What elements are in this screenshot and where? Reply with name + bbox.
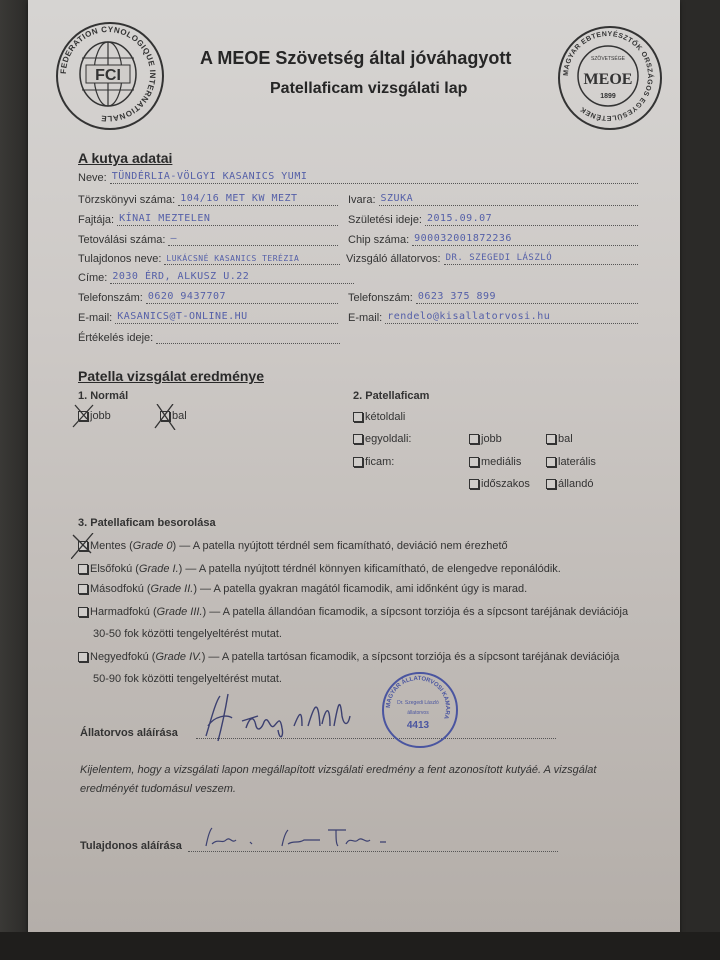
owner-signature-label: Tulajdonos aláírása [80,840,182,852]
unilateral-checkbox[interactable]: egyoldali: [353,433,411,445]
normal-left-checkbox[interactable]: bal [160,410,187,422]
dog-data-heading: A kutya adatai [78,150,172,166]
bilateral-checkbox[interactable]: kétoldali [353,411,405,423]
svg-text:FCI: FCI [95,67,121,84]
tattoo-field[interactable]: Tetoválási száma: — [78,232,338,246]
svg-text:1899: 1899 [600,93,616,100]
grade-checkbox[interactable]: Negyedfokú (Grade IV.) — A patella tartó… [78,651,619,663]
grade-text-continuation: 30-50 fok közötti tengelyeltérést mutat. [93,628,282,640]
checkbox-box [78,607,88,617]
checkbox-box [78,652,88,662]
grade-checkbox[interactable]: Mentes (Grade 0) — A patella nyújtott té… [78,540,508,552]
grade-checkbox[interactable]: Elsőfokú (Grade I.) — A patella nyújtott… [78,563,561,575]
luxation-right-checkbox[interactable]: jobb [469,433,502,445]
owner-phone-field[interactable]: Telefonszám: 0620 9437707 [78,290,338,304]
svg-text:Dr. Szegedi László: Dr. Szegedi László [397,700,439,706]
grade-text-continuation: 50-90 fok közötti tengelyeltérést mutat. [93,673,282,685]
luxation-left-checkbox[interactable]: bal [546,433,573,445]
chip-field[interactable]: Chip száma: 900032001872236 [348,232,638,246]
svg-text:SZÖVETSÉGE: SZÖVETSÉGE [591,55,626,62]
birth-date-field[interactable]: Születési ideje: 2015.09.07 [348,212,638,226]
address-field[interactable]: Címe: 2030 Érd, Alkusz u.22 [78,270,354,284]
lateral-checkbox[interactable]: laterális [546,456,596,468]
meoe-logo: MAGYAR EBTENYÉSZTŐK ORSZÁGOS EGYESÜLETÉN… [558,26,662,130]
grade-text: Harmadfokú (Grade III.) — A patella álla… [90,606,628,618]
svg-text:4413: 4413 [407,720,430,731]
vet-email-field[interactable]: E-mail: rendelo@kisallatorvosi.hu [348,310,638,324]
background-bottom [0,932,720,960]
vet-field[interactable]: Vizsgáló állatorvos: Dr. Szegedi László [346,251,638,265]
vet-phone-field[interactable]: Telefonszám: 0623 375 899 [348,290,638,304]
form-paper [28,0,680,936]
grade-checkbox[interactable]: Harmadfokú (Grade III.) — A patella álla… [78,606,628,618]
declaration-line-1: Kijelentem, hogy a vizsgálati lapon megá… [80,764,596,776]
grade-text: Elsőfokú (Grade I.) — A patella nyújtott… [90,563,561,575]
luxation-type-checkbox[interactable]: ficam: [353,456,394,468]
registry-field[interactable]: Törzskönyvi száma: 104/16 MET KW MEZT [78,192,338,206]
name-field[interactable]: Neve: Tündérlia-Völgyi Kasanics Yumi [78,170,638,184]
normal-right-checkbox[interactable]: jobb [78,410,111,422]
luxation-heading: 2. Patellaficam [353,390,429,402]
owner-name-field[interactable]: Tulajdonos neve: Lukácsné Kasanics Teréz… [78,251,340,265]
background-left [0,0,28,960]
medial-checkbox[interactable]: mediális [469,456,521,468]
declaration-line-2: eredményét tudomásul veszem. [80,783,236,795]
checkbox-box [78,411,88,421]
grading-heading: 3. Patellaficam besorolása [78,517,216,529]
svg-text:MEOE: MEOE [584,71,633,88]
form-title: A MEOE Szövetség által jóváhagyott [200,48,511,69]
grade-text: Negyedfokú (Grade IV.) — A patella tartó… [90,651,619,663]
owner-email-field[interactable]: E-mail: kasanics@t-online.hu [78,310,338,324]
fci-logo: FEDERATION CYNOLOGIQUE INTERNATIONALE FC… [56,22,164,130]
grade-checkbox[interactable]: Másodfokú (Grade II.) — A patella gyakra… [78,583,527,595]
owner-signature-icon [200,822,400,852]
patella-heading: Patella vizsgálat eredménye [78,368,264,384]
vet-signature-icon [198,686,368,746]
checkbox-box [78,584,88,594]
normal-heading: 1. Normál [78,390,128,402]
sex-field[interactable]: Ivara: Szuka [348,192,638,206]
vet-signature-label: Állatorvos aláírása [80,727,178,739]
eval-time-field[interactable]: Értékelés ideje: [78,330,340,344]
checkbox-box [78,564,88,574]
vet-stamp: MAGYAR ÁLLATORVOSI KAMARA Dr. Szegedi Lá… [382,672,458,748]
breed-field[interactable]: Fajtája: Kínai meztelen [78,212,338,226]
permanent-checkbox[interactable]: állandó [546,478,593,490]
grade-text: Másodfokú (Grade II.) — A patella gyakra… [90,583,527,595]
svg-text:állatorvos: állatorvos [407,710,429,716]
checkbox-box [160,411,170,421]
form-subtitle: Patellaficam vizsgálati lap [270,80,467,98]
grade-text: Mentes (Grade 0) — A patella nyújtott té… [90,540,508,552]
intermittent-checkbox[interactable]: időszakos [469,478,530,490]
checkbox-box [78,541,88,551]
